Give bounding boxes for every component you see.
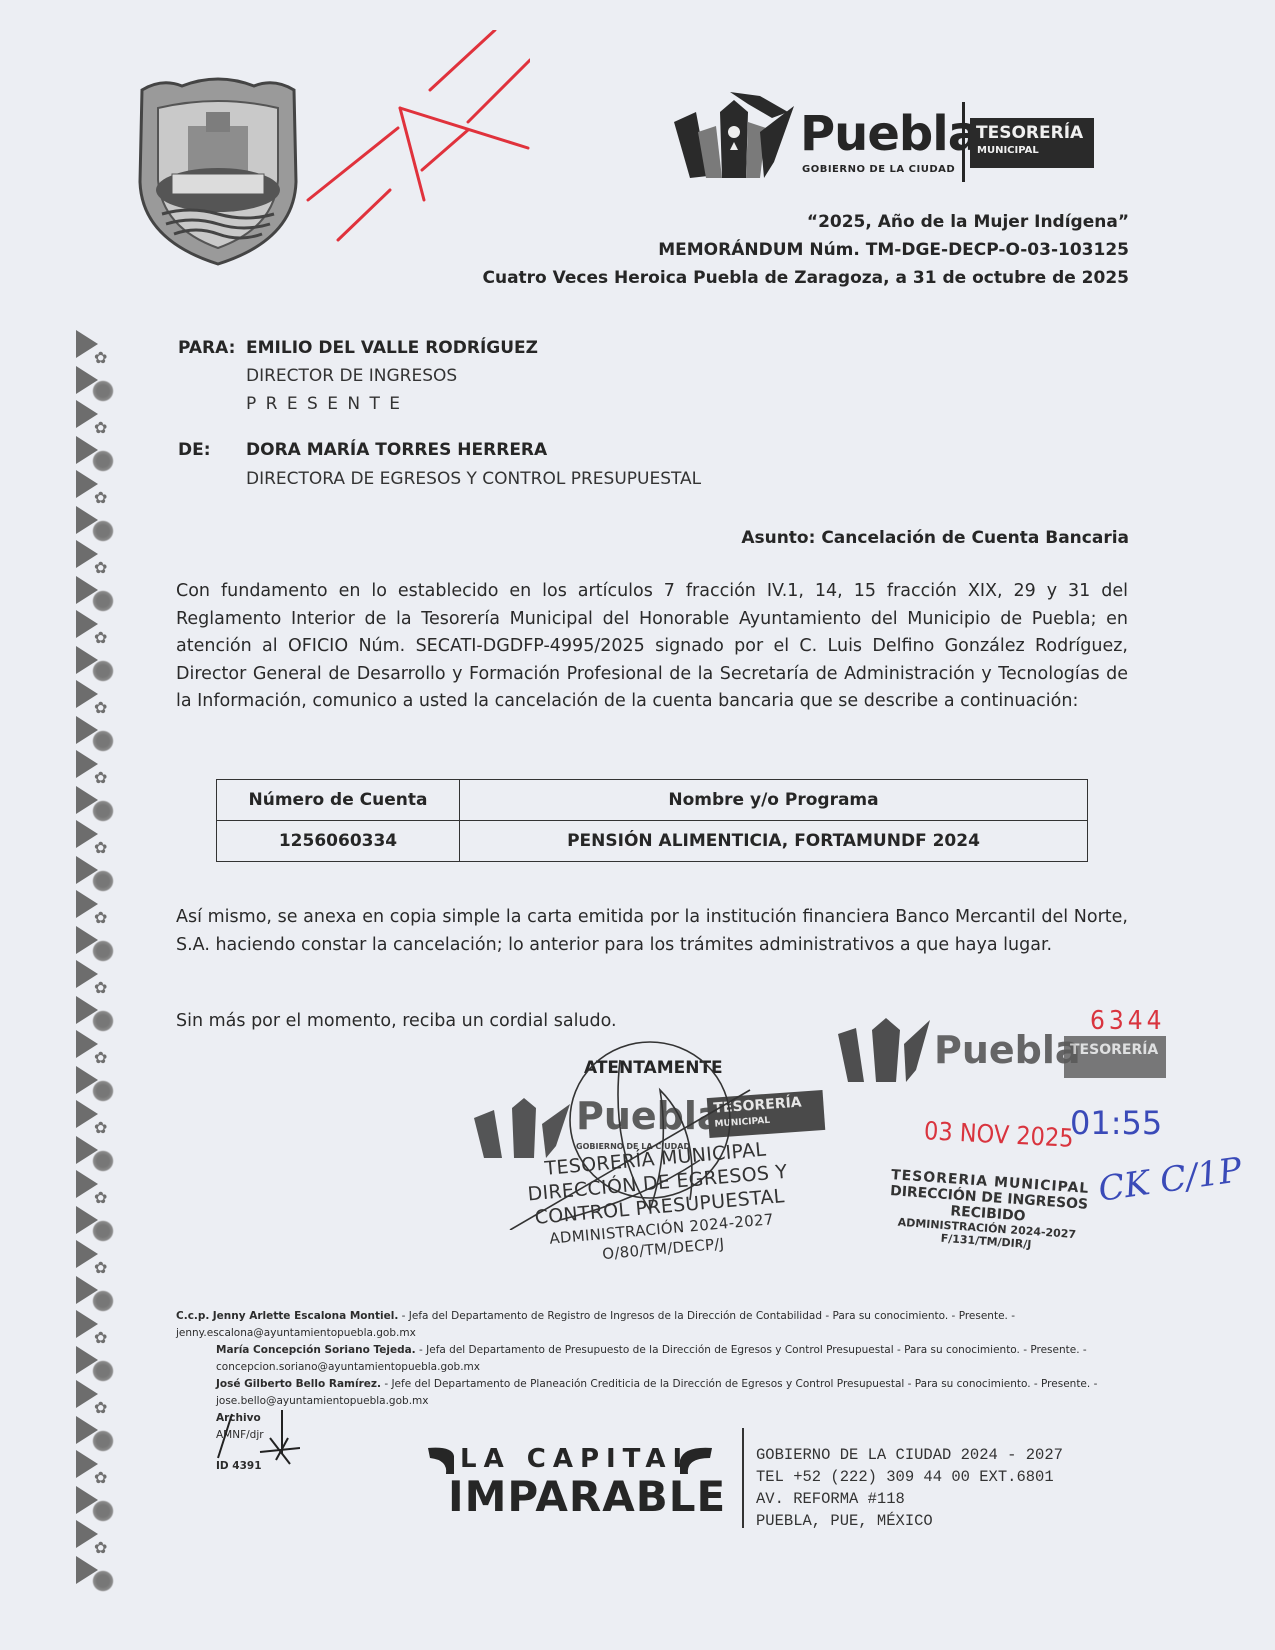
border-flower-icon <box>92 1360 114 1382</box>
border-flower-icon <box>92 380 114 402</box>
badge-line2: MUNICIPAL <box>977 145 1039 156</box>
contact-line-city: PUEBLA, PUE, MÉXICO <box>756 1510 1063 1532</box>
border-sprig-icon: ✿ <box>94 1400 107 1416</box>
table-header-row: Número de Cuenta Nombre y/o Programa <box>217 780 1088 821</box>
recipient-name: EMILIO DEL VALLE RODRÍGUEZ <box>246 338 538 358</box>
border-sprig-icon: ✿ <box>94 840 107 856</box>
sender-label: DE: <box>178 440 211 460</box>
border-sprig-icon: ✿ <box>94 700 107 716</box>
border-sprig-icon: ✿ <box>94 1470 107 1486</box>
cc-entry: María Concepción Soriano Tejeda. - Jefa … <box>176 1342 1132 1376</box>
border-flower-icon <box>92 1430 114 1452</box>
sender-name: DORA MARÍA TORRES HERRERA <box>246 440 547 460</box>
border-sprig-icon: ✿ <box>94 1120 107 1136</box>
border-flower-icon <box>92 1290 114 1312</box>
border-flower-icon <box>92 1500 114 1522</box>
logo-subtitle: GOBIERNO DE LA CIUDAD <box>802 164 955 175</box>
account-table: Número de Cuenta Nombre y/o Programa 125… <box>216 779 1088 862</box>
place-date: Cuatro Veces Heroica Puebla de Zaragoza,… <box>482 268 1129 288</box>
cc-name: Jenny Arlette Escalona Montiel. <box>213 1310 399 1322</box>
puebla-tesoreria-logo: Puebla GOBIERNO DE LA CIUDAD TESORERÍA M… <box>668 92 1088 182</box>
archivo-label: Archivo <box>176 1410 1132 1427</box>
logo-wordmark: Puebla <box>800 106 979 162</box>
column-header-program-name: Nombre y/o Programa <box>460 780 1088 821</box>
received-date: 03 NOV 2025 <box>923 1116 1074 1153</box>
cc-prefix: C.c.p. <box>176 1310 209 1322</box>
recipient-label: PARA: <box>178 338 235 358</box>
border-sprig-icon: ✿ <box>94 420 107 436</box>
border-flower-icon <box>92 1150 114 1172</box>
body-paragraph-2: Así mismo, se anexa en copia simple la c… <box>176 904 1128 959</box>
subject-line: Asunto: Cancelación de Cuenta Bancaria <box>741 528 1129 548</box>
year-motto: “2025, Año de la Mujer Indígena” <box>807 212 1129 232</box>
border-flower-icon <box>92 1010 114 1032</box>
received-tesoreria-badge: TESORERÍA <box>1064 1036 1166 1078</box>
slogan-line-2: IMPARABLE <box>448 1472 726 1521</box>
border-sprig-icon: ✿ <box>94 560 107 576</box>
table-row: 1256060334 PENSIÓN ALIMENTICIA, FORTAMUN… <box>217 821 1088 862</box>
contact-line-address: AV. REFORMA #118 <box>756 1488 1063 1510</box>
signature-stamp-text: TESORERÍA MUNICIPAL DIRECCIÓN DE EGRESOS… <box>520 1136 799 1269</box>
document-id: ID 4391 <box>216 1460 262 1472</box>
border-flower-icon <box>92 520 114 542</box>
puebla-city-art-icon <box>668 92 796 180</box>
footer-divider <box>742 1428 744 1528</box>
badge-line1: TESORERÍA <box>976 123 1083 143</box>
contact-line-phone: TEL +52 (222) 309 44 00 EXT.6801 <box>756 1466 1063 1488</box>
border-flower-icon <box>92 590 114 612</box>
border-flower-icon <box>92 940 114 962</box>
border-flower-icon <box>92 730 114 752</box>
border-sprig-icon: ✿ <box>94 910 107 926</box>
cc-name: María Concepción Soriano Tejeda. <box>216 1344 416 1356</box>
cc-entry: C.c.p. Jenny Arlette Escalona Montiel. -… <box>176 1308 1132 1342</box>
border-sprig-icon: ✿ <box>94 350 107 366</box>
border-flower-icon <box>92 450 114 472</box>
border-sprig-icon: ✿ <box>94 1190 107 1206</box>
border-flower-icon <box>92 800 114 822</box>
cc-entry: José Gilberto Bello Ramírez. - Jefe del … <box>176 1376 1132 1410</box>
contact-line-government: GOBIERNO DE LA CIUDAD 2024 - 2027 <box>756 1444 1063 1466</box>
initials-scribble-icon <box>210 1408 300 1468</box>
recipient-presente: P R E S E N T E <box>246 394 402 414</box>
footer-slogan: LA CAPITAL IMPARABLE <box>428 1442 718 1542</box>
received-time-handwritten: 01:55 <box>1070 1104 1162 1142</box>
red-pencil-mark-icon <box>300 30 530 250</box>
border-sprig-icon: ✿ <box>94 1540 107 1556</box>
border-flower-icon <box>92 1080 114 1102</box>
border-sprig-icon: ✿ <box>94 1050 107 1066</box>
border-sprig-icon: ✿ <box>94 1330 107 1346</box>
sender-title: DIRECTORA DE EGRESOS Y CONTROL PRESUPUES… <box>246 469 701 489</box>
footer-contact: GOBIERNO DE LA CIUDAD 2024 - 2027 TEL +5… <box>756 1444 1063 1532</box>
memo-number: MEMORÁNDUM Núm. TM-DGE-DECP-O-03-103125 <box>658 240 1129 260</box>
cc-list: C.c.p. Jenny Arlette Escalona Montiel. -… <box>176 1308 1132 1444</box>
border-sprig-icon: ✿ <box>94 770 107 786</box>
border-flower-icon <box>92 660 114 682</box>
decorative-border: ✿✿✿✿✿✿✿✿✿✿✿✿✿✿✿✿✿✿ <box>70 330 116 1590</box>
cc-name: José Gilberto Bello Ramírez. <box>216 1378 381 1390</box>
city-crest-icon <box>132 72 304 268</box>
account-number-cell: 1256060334 <box>217 821 460 862</box>
program-name-cell: PENSIÓN ALIMENTICIA, FORTAMUNDF 2024 <box>460 821 1088 862</box>
received-stamp-logo: Puebla TESORERÍA <box>836 1014 1166 1084</box>
border-flower-icon <box>92 1570 114 1592</box>
received-stamp-text: TESORERIA MUNICIPAL DIRECCIÓN DE INGRESO… <box>871 1166 1106 1256</box>
column-header-account-number: Número de Cuenta <box>217 780 460 821</box>
border-sprig-icon: ✿ <box>94 630 107 646</box>
recipient-title: DIRECTOR DE INGRESOS <box>246 366 457 386</box>
slogan-line-1: LA CAPITAL <box>460 1444 696 1474</box>
logo-divider <box>962 102 965 182</box>
received-wordmark: Puebla <box>934 1028 1081 1072</box>
border-sprig-icon: ✿ <box>94 980 107 996</box>
border-flower-icon <box>92 1220 114 1242</box>
received-initials-handwritten: CK C/1P <box>1096 1150 1244 1210</box>
received-city-art-icon <box>836 1014 932 1084</box>
tesoreria-badge: TESORERÍA MUNICIPAL <box>970 118 1094 168</box>
border-sprig-icon: ✿ <box>94 1260 107 1276</box>
body-paragraph-1: Con fundamento en lo establecido en los … <box>176 578 1128 716</box>
border-sprig-icon: ✿ <box>94 490 107 506</box>
border-flower-icon <box>92 870 114 892</box>
